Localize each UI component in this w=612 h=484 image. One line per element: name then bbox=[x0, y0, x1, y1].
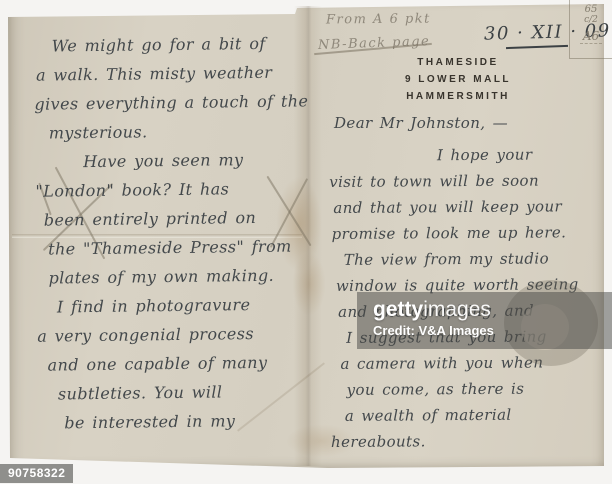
handwritten-line: a wealth of material bbox=[331, 401, 609, 429]
printed-letterhead: THAMESIDE 9 LOWER MALL HAMMERSMITH bbox=[362, 54, 554, 105]
letterhead-line: THAMESIDE bbox=[362, 54, 554, 71]
handwritten-line: a very congenial process bbox=[37, 318, 315, 350]
corner-mark: A6 bbox=[580, 29, 602, 44]
handwritten-line: I hope your bbox=[329, 141, 607, 169]
handwritten-line: visit to town will be soon bbox=[329, 167, 607, 195]
corner-register-box: 65 c/2 A6 bbox=[569, 0, 612, 59]
letterhead-line: 9 LOWER MALL bbox=[362, 71, 554, 88]
handwritten-line: promise to look me up here. bbox=[329, 219, 607, 247]
handwritten-line: mysterious. bbox=[35, 115, 313, 147]
handwritten-line: a walk. This misty weather bbox=[34, 57, 312, 89]
pencil-note-from-packet: From A 6 pkt bbox=[326, 12, 431, 28]
handwritten-line: We might go for a bit of bbox=[34, 28, 312, 60]
handwritten-line: subtleties. You will bbox=[38, 376, 316, 408]
handwritten-line: I find in photogravure bbox=[37, 289, 315, 321]
handwritten-line: Have you seen my bbox=[35, 144, 313, 176]
handwritten-line: be interested in my bbox=[38, 405, 316, 437]
handwritten-line: and that you will keep your bbox=[329, 193, 607, 221]
letterhead-line: HAMMERSMITH bbox=[362, 88, 554, 105]
handwritten-line: plates of my own making. bbox=[36, 260, 314, 292]
photo-stage: We might go for a bit of a walk. This mi… bbox=[0, 0, 612, 484]
handwritten-line: The view from my studio bbox=[330, 245, 608, 273]
handwritten-line: been entirely printed on bbox=[36, 202, 314, 234]
handwritten-line: "London" book? It has bbox=[35, 173, 313, 205]
handwritten-line: hereabouts. bbox=[331, 427, 609, 455]
salutation: Dear Mr Johnston, — bbox=[334, 114, 508, 132]
handwritten-line: and one capable of many bbox=[37, 347, 315, 379]
handwritten-line: gives everything a touch of the bbox=[34, 86, 312, 118]
handwritten-line: the "Thameside Press" from bbox=[36, 231, 314, 263]
corner-mark: c/2 bbox=[570, 15, 612, 25]
handwritten-line: you come, as there is bbox=[331, 375, 609, 403]
asset-id-badge: 90758322 bbox=[0, 464, 73, 483]
getty-watermark-band: gettyimages Credit: V&A Images bbox=[357, 292, 612, 349]
corner-mark: 65 bbox=[570, 4, 612, 15]
watermark-credit-label: Credit: V&A Images bbox=[373, 323, 612, 338]
left-page-text: We might go for a bit of a walk. This mi… bbox=[34, 28, 317, 437]
gettyimages-logo: gettyimages bbox=[373, 299, 612, 321]
